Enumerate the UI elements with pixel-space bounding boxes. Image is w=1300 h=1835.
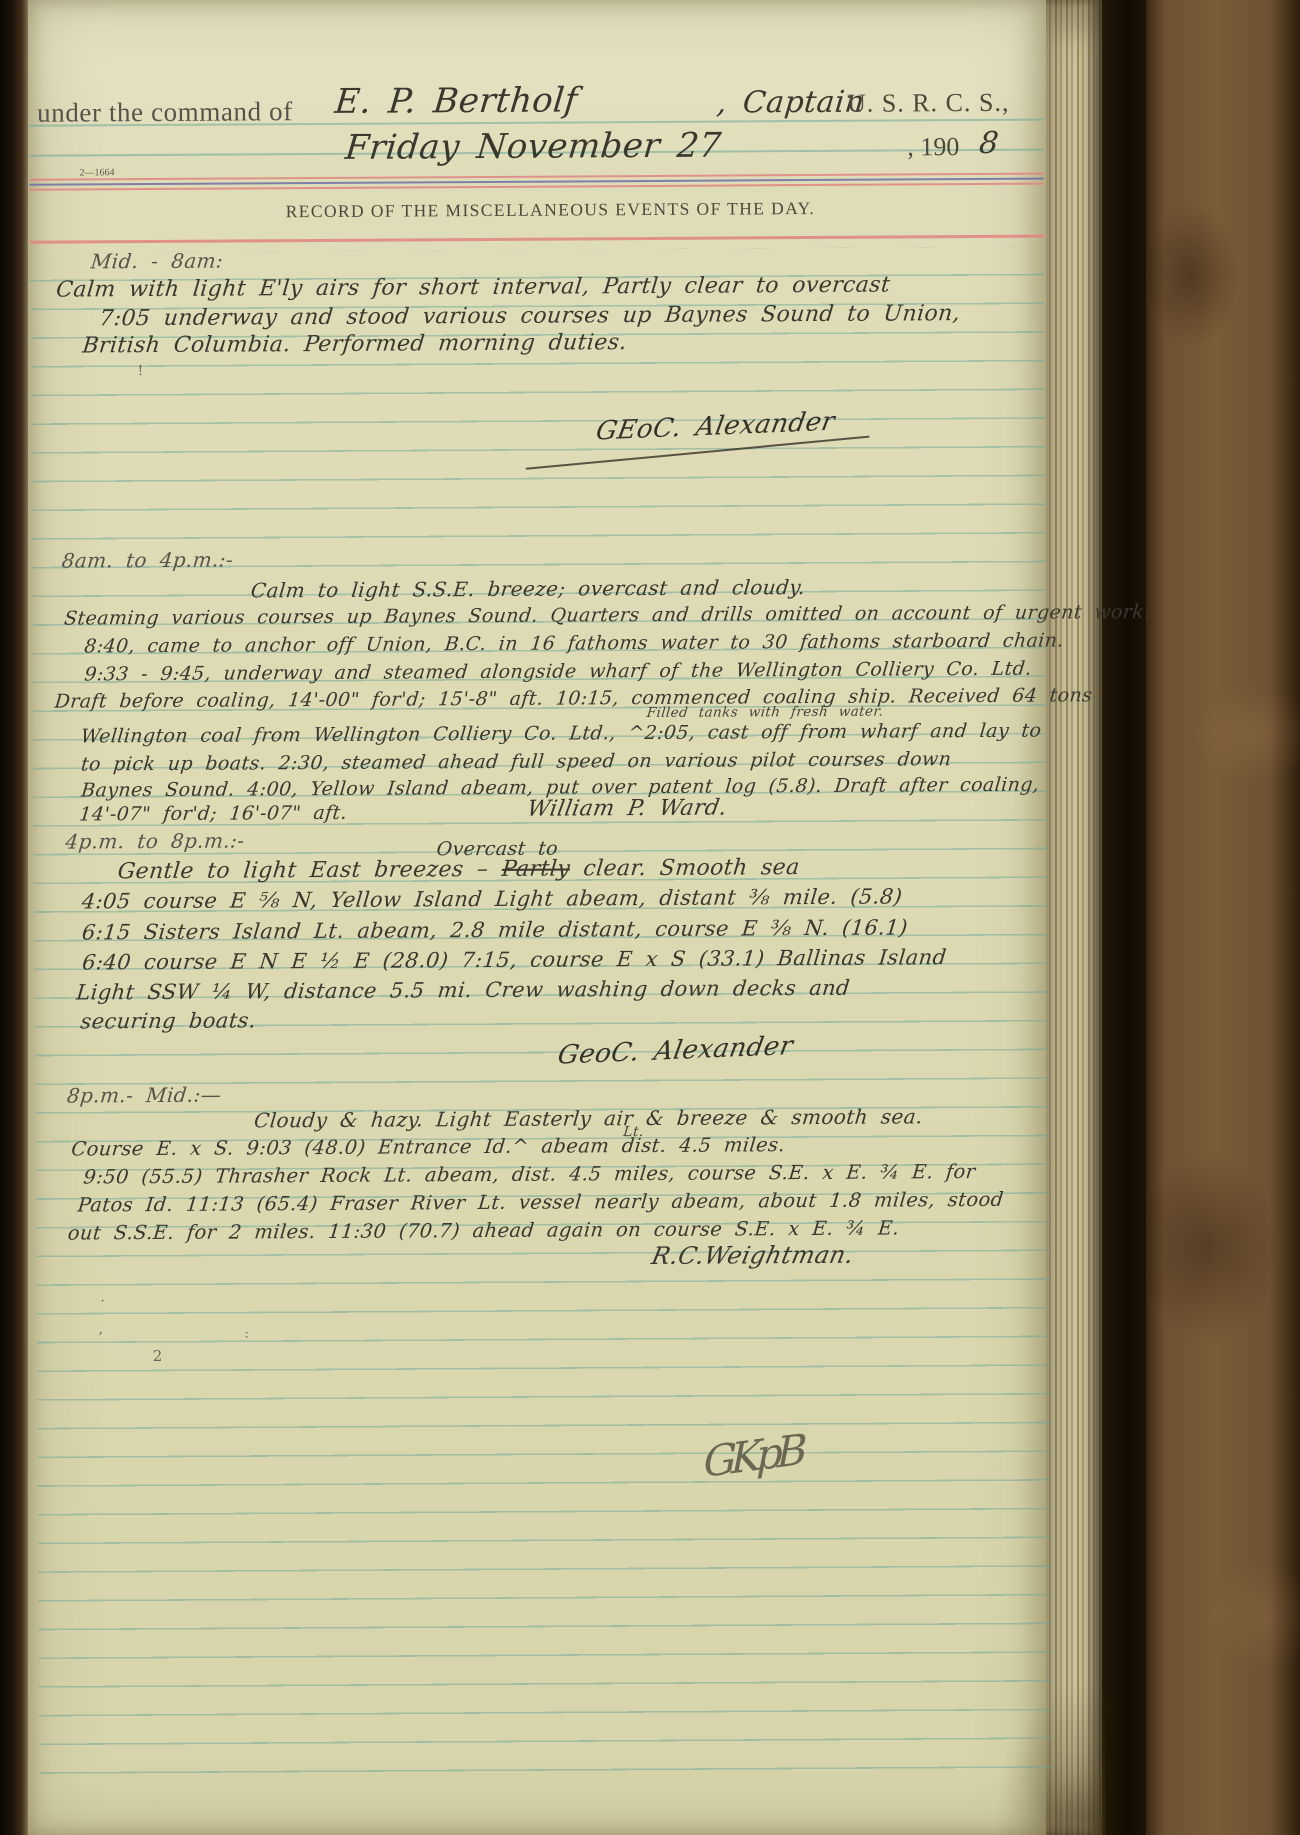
log-line: Cloudy & hazy. Light Easterly air & bree…: [253, 1104, 924, 1132]
watch-label: Mid. - 8am:: [90, 249, 225, 274]
log-line: 14'-07" for'd; 16'-07" aft.: [78, 802, 348, 826]
watch-label: 4p.m. to 8p.m.:-: [64, 828, 245, 853]
log-line: 4:05 course E ⅝ N, Yellow Island Light a…: [81, 884, 904, 913]
stray-mark: ·: [100, 1293, 105, 1309]
log-line: Calm to light S.S.E. breeze; overcast an…: [250, 575, 807, 602]
stray-mark: ‚: [98, 1321, 103, 1337]
form-number: 2—1664: [79, 167, 114, 178]
interline-insertion: Filled tanks with fresh water.: [646, 704, 884, 721]
stray-mark: :: [244, 1326, 248, 1341]
log-line: Light SSW ¼ W, distance 5.5 mi. Crew was…: [75, 976, 851, 1005]
stray-mark: 2: [153, 1347, 163, 1365]
log-line: British Columbia. Performed morning duti…: [81, 330, 628, 358]
printed-service-initials: U. S. R. C. S.,: [847, 88, 1010, 119]
summary-post: clear. Smooth sea: [569, 855, 801, 881]
log-line: Course E. x S. 9:03 (48.0) Entrance Id.^…: [70, 1133, 786, 1160]
printed-year: , 190: [907, 132, 959, 162]
red-rule: [30, 235, 1044, 244]
log-line: 6:15 Sisters Island Lt. abeam, 2.8 mile …: [81, 915, 909, 944]
year-digit-handwritten: 8: [978, 126, 1001, 161]
summary-pre: Gentle to light East breezes –: [116, 857, 503, 884]
commander-name-handwritten: E. P. Bertholf: [333, 80, 579, 122]
printed-command-prefix: under the command of: [37, 96, 293, 129]
date-handwritten: Friday November 27: [343, 126, 723, 168]
watch-label: 8am. to 4p.m.:-: [61, 548, 235, 573]
logbook-photo: under the command of E. P. Bertholf , Ca…: [0, 0, 1300, 1835]
rank-handwritten: , Captain: [715, 85, 866, 121]
stray-mark: !: [138, 363, 144, 379]
watch-summary: Gentle to light East breezes – Partly cl…: [116, 855, 800, 884]
page-title: RECORD OF THE MISCELLANEOUS EVENTS OF TH…: [286, 198, 816, 222]
log-line: 7:05 underway and stood various courses …: [98, 301, 961, 331]
log-line: Calm with light E'ly airs for short inte…: [55, 273, 892, 303]
page-content: under the command of E. P. Bertholf , Ca…: [0, 0, 1300, 1835]
signature: William P. Ward.: [525, 796, 729, 822]
log-line: securing boats.: [79, 1008, 257, 1033]
signature: R.C.Weightman.: [649, 1241, 856, 1270]
summary-struck-word: Partly: [501, 856, 572, 881]
watch-label: 8p.m.- Mid.:—: [66, 1083, 223, 1108]
